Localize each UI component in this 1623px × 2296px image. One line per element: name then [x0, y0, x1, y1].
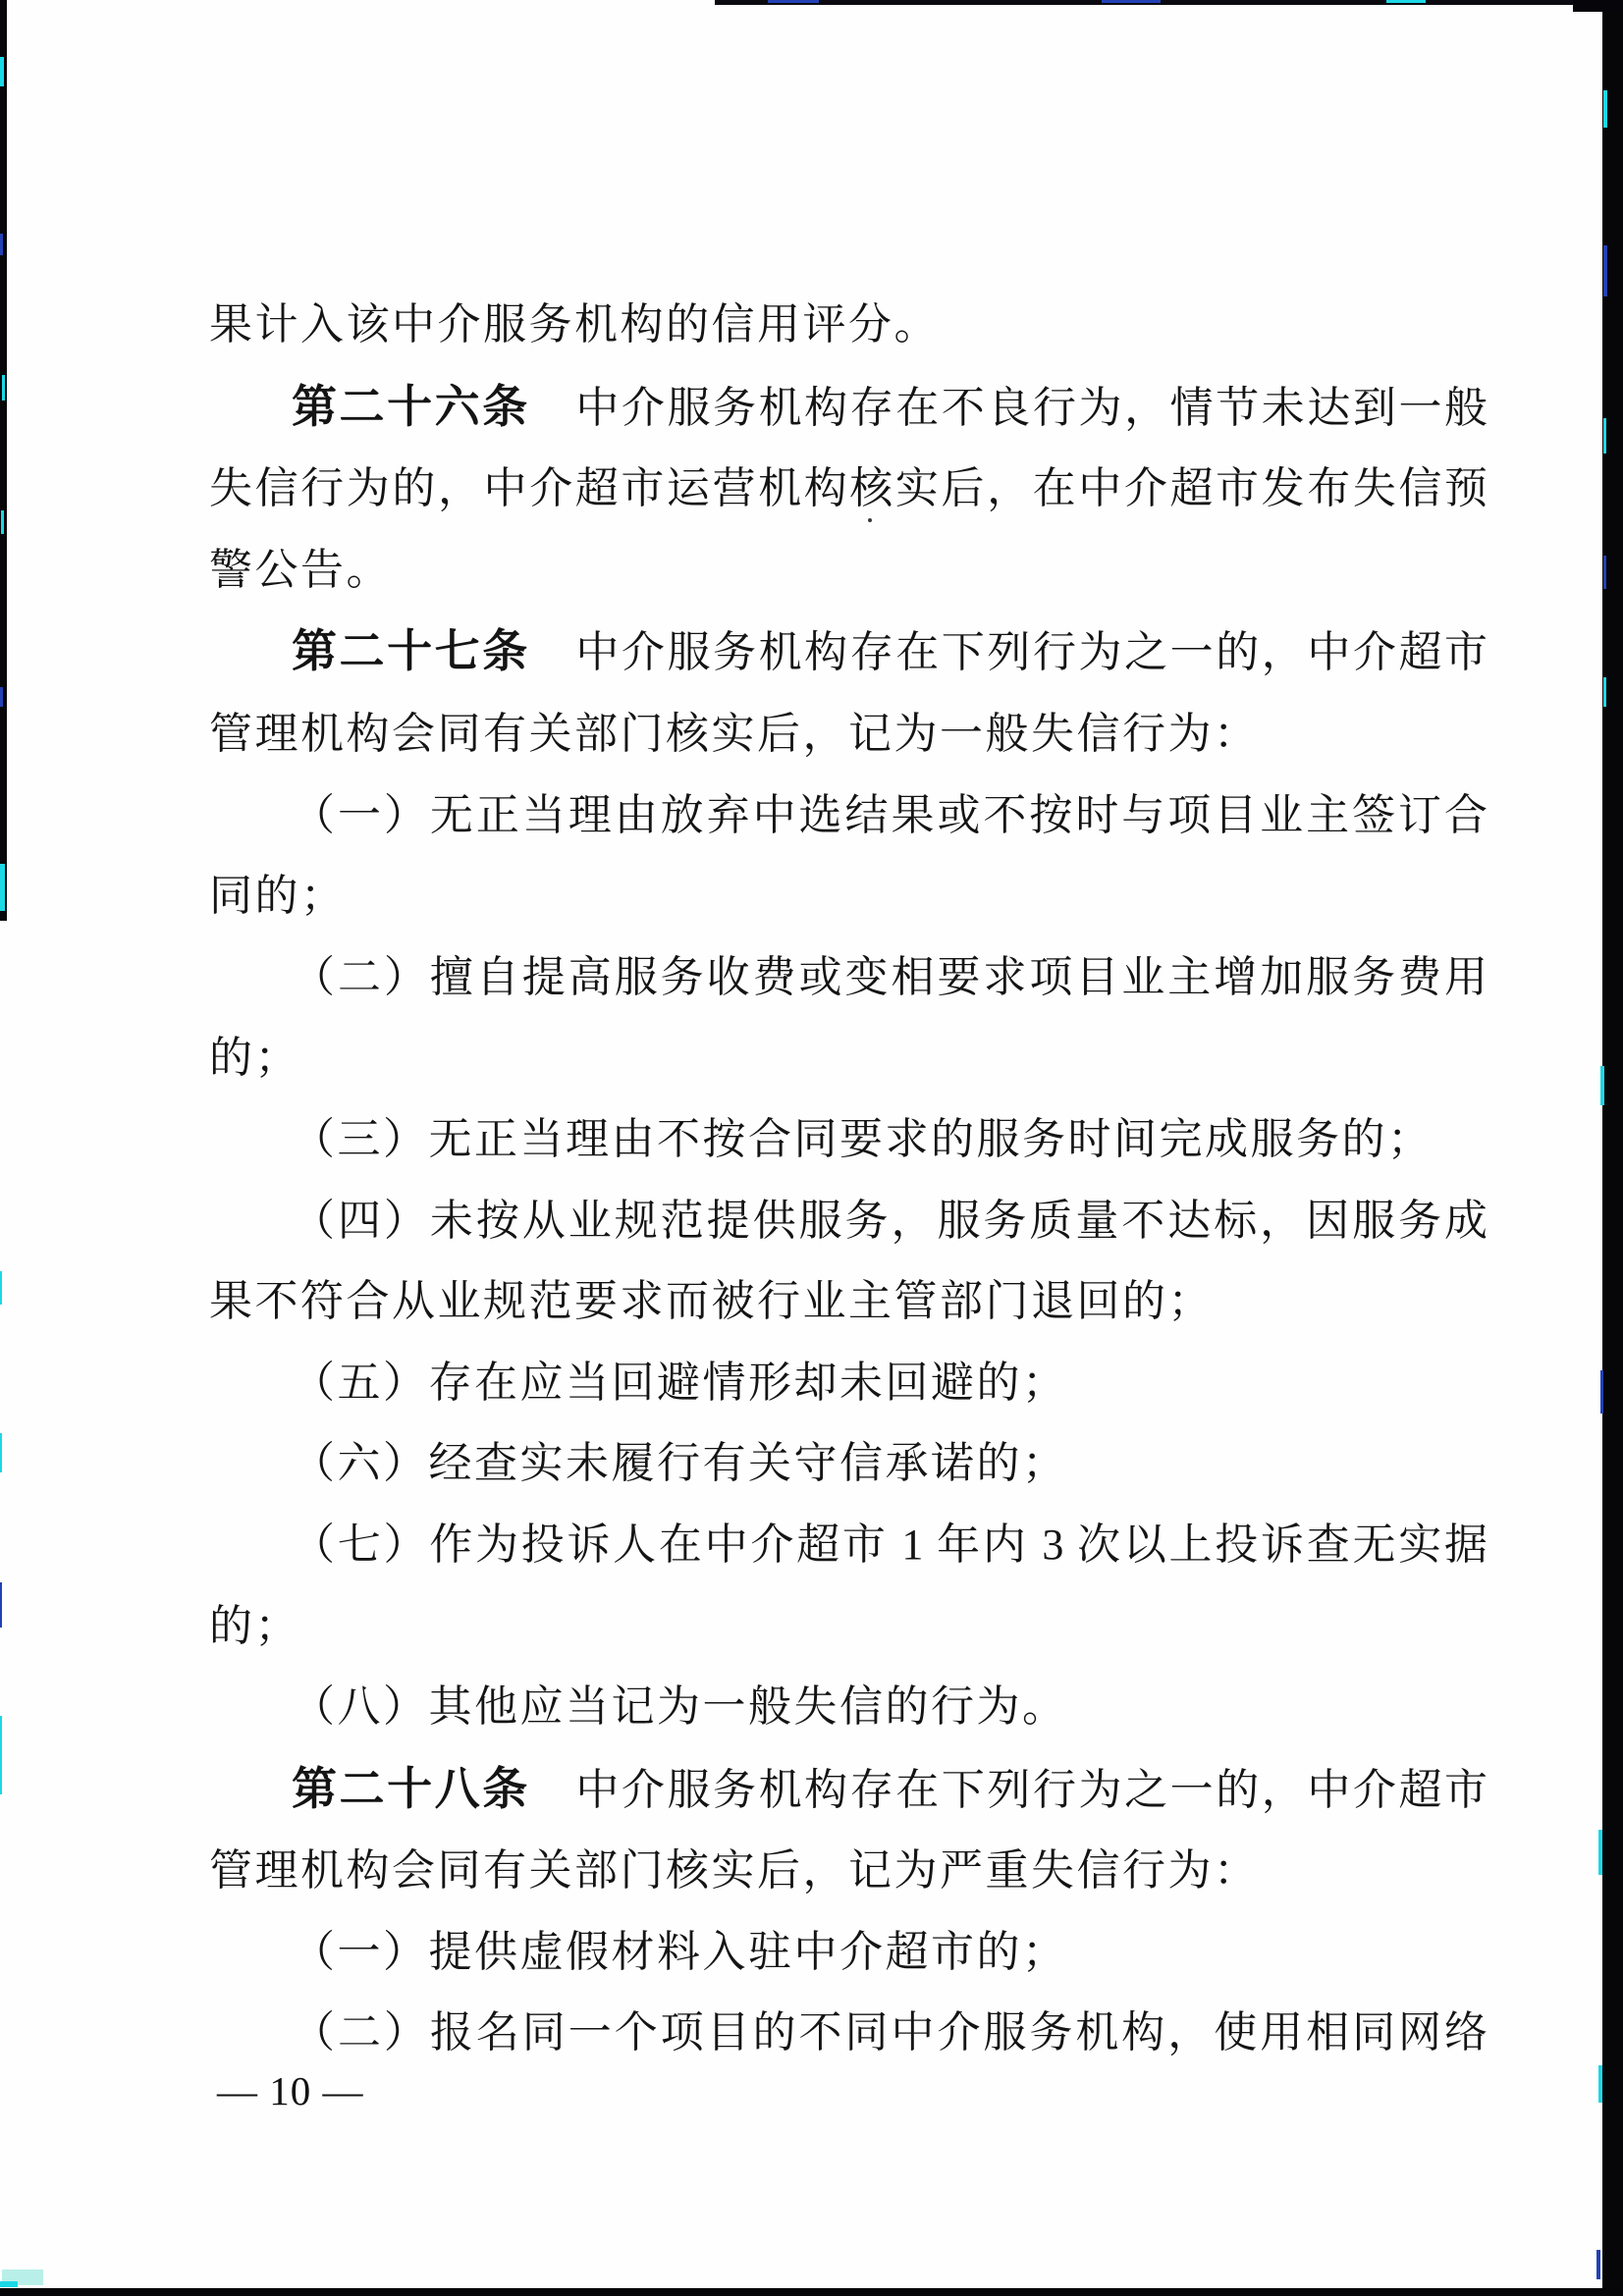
scan-edge-right: [1602, 0, 1623, 2296]
text-line-7: （一）无正当理由放弃中选结果或不按时与项目业主签订合: [209, 775, 1488, 857]
scan-speck: [1603, 90, 1607, 128]
line-text: （二）报名同一个项目的不同中介服务机构，使用相同网络: [292, 2008, 1488, 2056]
line-text: 中介服务机构存在不良行为，情节未达到一般: [530, 384, 1488, 432]
text-line-19: 第二十八条 中介服务机构存在下列行为之一的，中介超市: [209, 1748, 1488, 1832]
line-text: （一）提供虚假材料入驻中介超市的；: [292, 1928, 1068, 1976]
scan-speck: [1598, 1830, 1602, 1875]
line-text: 同的；: [209, 872, 347, 920]
line-text: 失信行为的，中介超市运营机构核实后，在中介超市发布失信预: [209, 464, 1488, 512]
text-line-14: （五）存在应当回避情形却未回避的；: [209, 1343, 1488, 1424]
line-text: 果不符合从业规范要求而被行业主管部门退回的；: [209, 1277, 1214, 1325]
text-line-11: （三）无正当理由不按合同要求的服务时间完成服务的；: [209, 1099, 1488, 1181]
scan-speck: [1386, 0, 1426, 3]
article-number: 第二十七条: [292, 625, 530, 676]
scan-speck: [0, 687, 3, 707]
scan-speck: [0, 1433, 2, 1472]
text-line-16: （七）作为投诉人在中介超市 1 年内 3 次以上投诉查无实据: [209, 1505, 1488, 1586]
text-line-4: 警公告。: [209, 530, 1488, 612]
scan-speck: [0, 2281, 18, 2287]
text-line-3: 失信行为的，中介超市运营机构核实后，在中介超市发布失信预: [209, 449, 1488, 530]
scan-edge-top: [715, 0, 1623, 5]
document-page: 果计入该中介服务机构的信用评分。第二十六条 中介服务机构存在不良行为，情节未达到…: [0, 0, 1623, 2296]
scan-speck: [0, 864, 5, 911]
scan-speck: [1, 510, 4, 534]
scan-corner-top-right: [1573, 0, 1623, 12]
text-line-9: （二）擅自提高服务收费或变相要求项目业主增加服务费用: [209, 937, 1488, 1019]
scan-speck: [2, 375, 5, 400]
text-line-6: 管理机构会同有关部门核实后，记为一般失信行为：: [209, 694, 1488, 775]
scan-speck: [768, 0, 819, 3]
scan-edge-left: [0, 0, 7, 921]
document-body: 果计入该中介服务机构的信用评分。第二十六条 中介服务机构存在不良行为，情节未达到…: [209, 285, 1488, 2074]
line-text: （三）无正当理由不按合同要求的服务时间完成服务的；: [292, 1115, 1434, 1163]
scan-edge-bottom: [0, 2288, 1623, 2296]
scan-speck: [1596, 2250, 1600, 2279]
text-line-22: （二）报名同一个项目的不同中介服务机构，使用相同网络: [209, 1993, 1488, 2074]
scan-speck: [0, 1271, 2, 1305]
scan-speck: [1600, 1066, 1604, 1105]
article-number: 第二十八条: [292, 1763, 530, 1814]
line-text: 管理机构会同有关部门核实后，记为严重失信行为：: [209, 1846, 1260, 1895]
scan-speck: [0, 1582, 2, 1628]
line-text: 的；: [209, 1034, 300, 1082]
line-text: （一）无正当理由放弃中选结果或不按时与项目业主签订合: [292, 791, 1488, 839]
line-text: （二）擅自提高服务收费或变相要求项目业主增加服务费用: [292, 953, 1488, 1001]
scan-speck: [1102, 0, 1161, 3]
line-text: 果计入该中介服务机构的信用评分。: [209, 300, 940, 348]
scan-speck: [0, 57, 4, 86]
text-line-1: 果计入该中介服务机构的信用评分。: [209, 285, 1488, 366]
scan-speck: [0, 234, 3, 255]
scan-speck: [1600, 1370, 1603, 1414]
text-line-17: 的；: [209, 1586, 1488, 1668]
text-line-2: 第二十六条 中介服务机构存在不良行为，情节未达到一般: [209, 366, 1488, 450]
text-line-20: 管理机构会同有关部门核实后，记为严重失信行为：: [209, 1831, 1488, 1912]
line-text: 的；: [209, 1602, 300, 1650]
line-text: （五）存在应当回避情形却未回避的；: [292, 1359, 1068, 1407]
line-text: 管理机构会同有关部门核实后，记为一般失信行为：: [209, 710, 1260, 758]
text-line-13: 果不符合从业规范要求而被行业主管部门退回的；: [209, 1261, 1488, 1343]
scan-speck: [1603, 418, 1606, 454]
text-line-21: （一）提供虚假材料入驻中介超市的；: [209, 1912, 1488, 1994]
scan-speck: [0, 1716, 2, 1794]
text-line-15: （六）经查实未履行有关守信承诺的；: [209, 1423, 1488, 1505]
line-text: （八）其他应当记为一般失信的行为。: [292, 1682, 1068, 1731]
ink-dot: [868, 518, 872, 522]
line-text: （四）未按从业规范提供服务，服务质量不达标，因服务成: [292, 1197, 1488, 1245]
scan-speck: [1603, 556, 1606, 589]
text-line-8: 同的；: [209, 856, 1488, 937]
scan-speck: [1603, 245, 1607, 296]
text-line-10: 的；: [209, 1018, 1488, 1099]
article-number: 第二十六条: [292, 381, 530, 432]
line-text: 警公告。: [209, 546, 392, 594]
scan-speck: [1603, 677, 1606, 707]
text-line-18: （八）其他应当记为一般失信的行为。: [209, 1667, 1488, 1748]
scan-speck: [1598, 2065, 1602, 2103]
line-text: （六）经查实未履行有关守信承诺的；: [292, 1439, 1068, 1487]
line-text: 中介服务机构存在下列行为之一的，中介超市: [530, 628, 1488, 676]
page-number: — 10 —: [217, 2067, 364, 2114]
line-text: 中介服务机构存在下列行为之一的，中介超市: [530, 1766, 1488, 1814]
line-text: （七）作为投诉人在中介超市 1 年内 3 次以上投诉查无实据: [292, 1521, 1488, 1569]
text-line-5: 第二十七条 中介服务机构存在下列行为之一的，中介超市: [209, 611, 1488, 694]
text-line-12: （四）未按从业规范提供服务，服务质量不达标，因服务成: [209, 1181, 1488, 1262]
